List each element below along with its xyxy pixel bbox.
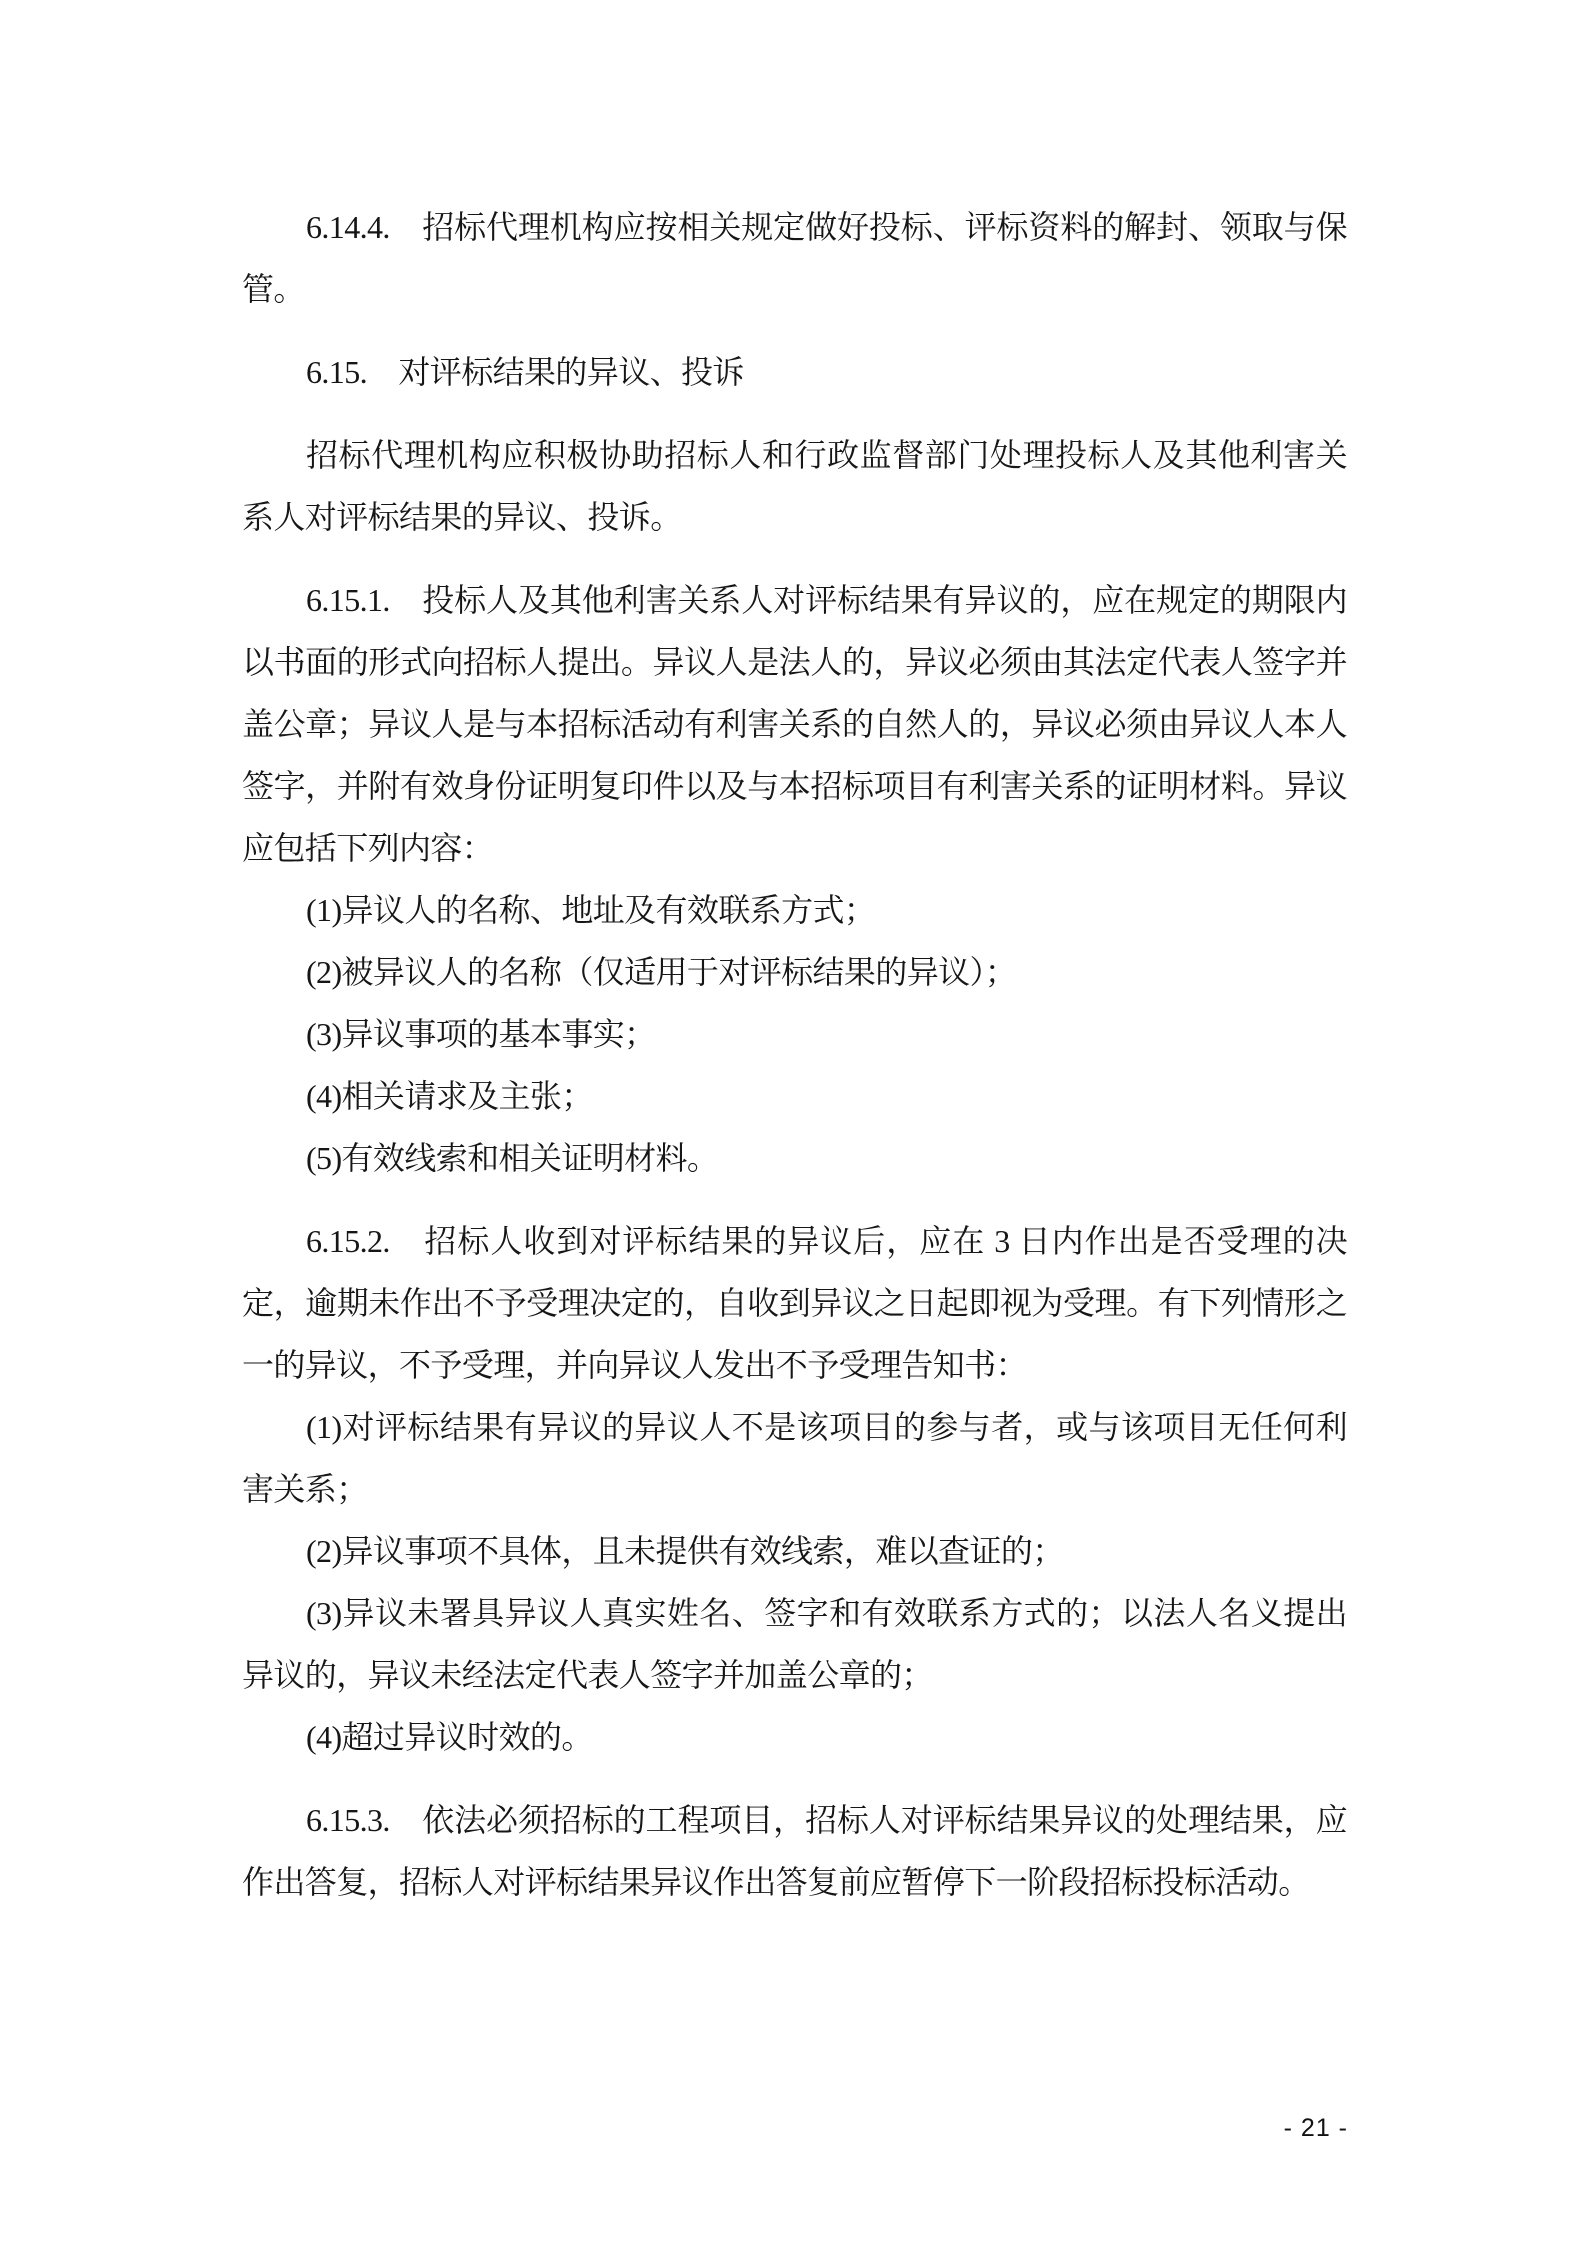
text-line: (4)相关请求及主张；: [242, 1065, 1347, 1127]
objection-content-item-5: (5)有效线索和相关证明材料。: [242, 1127, 1347, 1189]
page-number: - 21 -: [1284, 2112, 1348, 2144]
text-line: 签字，并附有效身份证明复印件以及与本招标项目有利害关系的证明材料。异议: [242, 755, 1347, 817]
text-line: 以书面的形式向招标人提出。异议人是法人的，异议必须由其法定代表人签字并: [242, 631, 1347, 693]
text-line: (4)超过异议时效的。: [242, 1706, 1347, 1768]
rejection-item-4: (4)超过异议时效的。: [242, 1706, 1347, 1768]
clause-6-15-3: 6.15.3. 依法必须招标的工程项目，招标人对评标结果异议的处理结果，应作出答…: [242, 1789, 1347, 1913]
text-line: (5)有效线索和相关证明材料。: [242, 1127, 1347, 1189]
text-line: 管。: [242, 258, 1347, 320]
objection-content-item-4: (4)相关请求及主张；: [242, 1065, 1347, 1127]
document-body: 6.14.4. 招标代理机构应按相关规定做好投标、评标资料的解封、领取与保管。6…: [242, 196, 1347, 1913]
objection-content-item-2: (2)被异议人的名称（仅适用于对评标结果的异议）；: [242, 941, 1347, 1003]
clause-6-15-2: 6.15.2. 招标人收到对评标结果的异议后，应在 3 日内作出是否受理的决定，…: [242, 1210, 1347, 1396]
heading-6-15: 6.15. 对评标结果的异议、投诉: [242, 341, 1347, 403]
text-line: 系人对评标结果的异议、投诉。: [242, 486, 1347, 548]
document-page: { "page": { "number_label": "- 21 -" }, …: [0, 0, 1587, 2245]
rejection-item-2: (2)异议事项不具体，且未提供有效线索，难以查证的；: [242, 1520, 1347, 1582]
text-line: (3)异议未署具异议人真实姓名、签字和有效联系方式的；以法人名义提出: [242, 1582, 1347, 1644]
text-line: 招标代理机构应积极协助招标人和行政监督部门处理投标人及其他利害关: [242, 424, 1347, 486]
text-line: 6.14.4. 招标代理机构应按相关规定做好投标、评标资料的解封、领取与保: [242, 196, 1347, 258]
clause-6-14-4: 6.14.4. 招标代理机构应按相关规定做好投标、评标资料的解封、领取与保管。: [242, 196, 1347, 320]
text-line: 异议的，异议未经法定代表人签字并加盖公章的；: [242, 1644, 1347, 1706]
text-line: (1)对评标结果有异议的异议人不是该项目的参与者，或与该项目无任何利: [242, 1396, 1347, 1458]
text-line: 6.15.1. 投标人及其他利害关系人对评标结果有异议的，应在规定的期限内: [242, 569, 1347, 631]
text-line: 6.15. 对评标结果的异议、投诉: [242, 341, 1347, 403]
objection-content-item-1: (1)异议人的名称、地址及有效联系方式；: [242, 879, 1347, 941]
text-line: (2)异议事项不具体，且未提供有效线索，难以查证的；: [242, 1520, 1347, 1582]
text-line: 一的异议，不予受理，并向异议人发出不予受理告知书：: [242, 1334, 1347, 1396]
rejection-item-3: (3)异议未署具异议人真实姓名、签字和有效联系方式的；以法人名义提出异议的，异议…: [242, 1582, 1347, 1706]
objection-content-item-3: (3)异议事项的基本事实；: [242, 1003, 1347, 1065]
text-line: 应包括下列内容：: [242, 817, 1347, 879]
text-line: (3)异议事项的基本事实；: [242, 1003, 1347, 1065]
text-line: 6.15.3. 依法必须招标的工程项目，招标人对评标结果异议的处理结果，应: [242, 1789, 1347, 1851]
text-line: 作出答复，招标人对评标结果异议作出答复前应暂停下一阶段招标投标活动。: [242, 1851, 1347, 1913]
intro-paragraph-6-15: 招标代理机构应积极协助招标人和行政监督部门处理投标人及其他利害关系人对评标结果的…: [242, 424, 1347, 548]
text-line: 定，逾期未作出不予受理决定的，自收到异议之日起即视为受理。有下列情形之: [242, 1272, 1347, 1334]
text-line: (2)被异议人的名称（仅适用于对评标结果的异议）；: [242, 941, 1347, 1003]
page-sheet: 6.14.4. 招标代理机构应按相关规定做好投标、评标资料的解封、领取与保管。6…: [0, 0, 1587, 2245]
text-line: (1)异议人的名称、地址及有效联系方式；: [242, 879, 1347, 941]
text-line: 盖公章；异议人是与本招标活动有利害关系的自然人的，异议必须由异议人本人: [242, 693, 1347, 755]
text-line: 害关系；: [242, 1458, 1347, 1520]
rejection-item-1: (1)对评标结果有异议的异议人不是该项目的参与者，或与该项目无任何利害关系；: [242, 1396, 1347, 1520]
text-line: 6.15.2. 招标人收到对评标结果的异议后，应在 3 日内作出是否受理的决: [242, 1210, 1347, 1272]
clause-6-15-1: 6.15.1. 投标人及其他利害关系人对评标结果有异议的，应在规定的期限内以书面…: [242, 569, 1347, 879]
